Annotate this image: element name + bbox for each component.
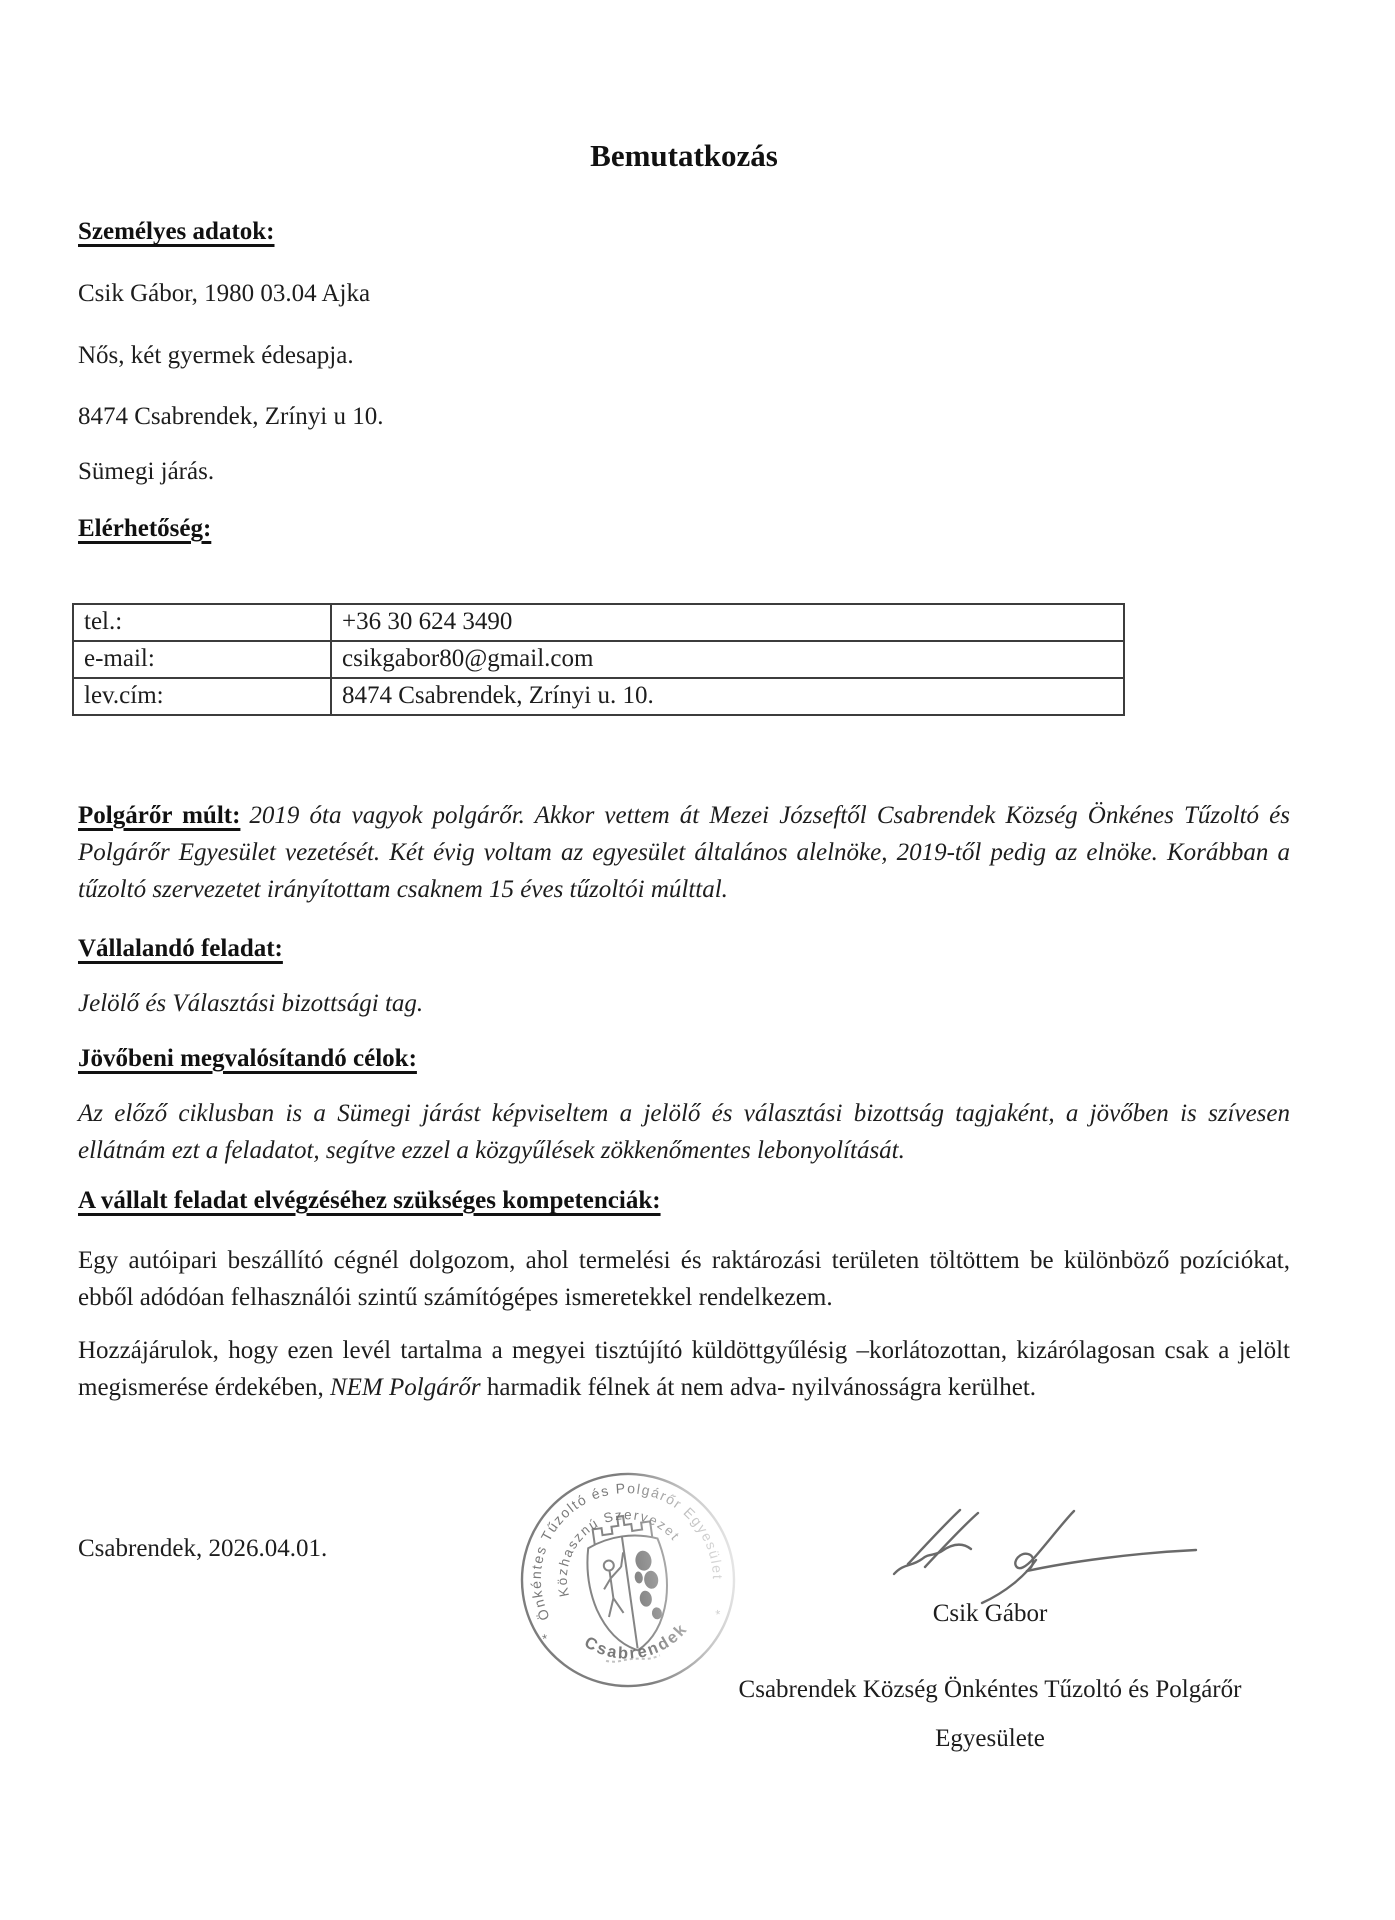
personal-family-line: Nős, két gyermek édesapja. xyxy=(78,342,354,370)
personal-name-line: Csik Gábor, 1980 03.04 Ajka xyxy=(78,280,370,308)
contact-table: tel.: +36 30 624 3490 e-mail: csikgabor8… xyxy=(72,603,1125,716)
competencies-heading: A vállalt feladat elvégzéséhez szükséges… xyxy=(78,1187,661,1215)
past-heading: Polgárőr múlt: xyxy=(78,802,240,829)
task-heading: Vállalandó feladat: xyxy=(78,935,283,963)
table-row: e-mail: csikgabor80@gmail.com xyxy=(73,641,1124,678)
scanned-letter-page: Bemutatkozás Személyes adatok: Csik Gábo… xyxy=(0,0,1395,1920)
consent-text-after: harmadik félnek át nem adva- nyilvánossá… xyxy=(481,1374,1036,1401)
goals-heading: Jövőbeni megvalósítandó célok: xyxy=(78,1045,417,1073)
table-row: lev.cím: 8474 Csabrendek, Zrínyi u. 10. xyxy=(73,678,1124,715)
organization-name-line1: Csabrendek Község Önkéntes Tűzoltó és Po… xyxy=(640,1676,1340,1704)
contact-value-tel: +36 30 624 3490 xyxy=(331,604,1124,641)
personal-district-line: Sümegi járás. xyxy=(78,458,214,486)
signature-name: Csik Gábor xyxy=(860,1600,1120,1628)
goals-paragraph: Az előző ciklusban is a Sümegi járást ké… xyxy=(78,1095,1290,1169)
date-line: Csabrendek, 2026.04.01. xyxy=(78,1535,327,1563)
personal-data-heading: Személyes adatok: xyxy=(78,218,275,246)
contact-heading: Elérhetőség: xyxy=(78,515,211,543)
contact-label-mail-address: lev.cím: xyxy=(73,678,331,715)
page-title: Bemutatkozás xyxy=(78,138,1290,174)
table-row: tel.: +36 30 624 3490 xyxy=(73,604,1124,641)
contact-label-tel: tel.: xyxy=(73,604,331,641)
contact-label-email: e-mail: xyxy=(73,641,331,678)
stamp-star-left-icon: * xyxy=(541,1631,548,1647)
organization-name-line2: Egyesülete xyxy=(640,1725,1340,1753)
past-paragraph: Polgárőr múlt:2019 óta vagyok polgárőr. … xyxy=(78,797,1290,908)
contact-value-mail-address: 8474 Csabrendek, Zrínyi u. 10. xyxy=(331,678,1124,715)
past-text: 2019 óta vagyok polgárőr. Akkor vettem á… xyxy=(78,802,1290,903)
task-text: Jelölő és Választási bizottsági tag. xyxy=(78,990,423,1018)
consent-text-italic: NEM Polgárőr xyxy=(330,1374,481,1401)
competencies-paragraph: Egy autóipari beszállító cégnél dolgozom… xyxy=(78,1242,1290,1316)
personal-address-line: 8474 Csabrendek, Zrínyi u 10. xyxy=(78,403,384,431)
consent-paragraph: Hozzájárulok, hogy ezen levél tartalma a… xyxy=(78,1332,1290,1406)
contact-value-email: csikgabor80@gmail.com xyxy=(331,641,1124,678)
